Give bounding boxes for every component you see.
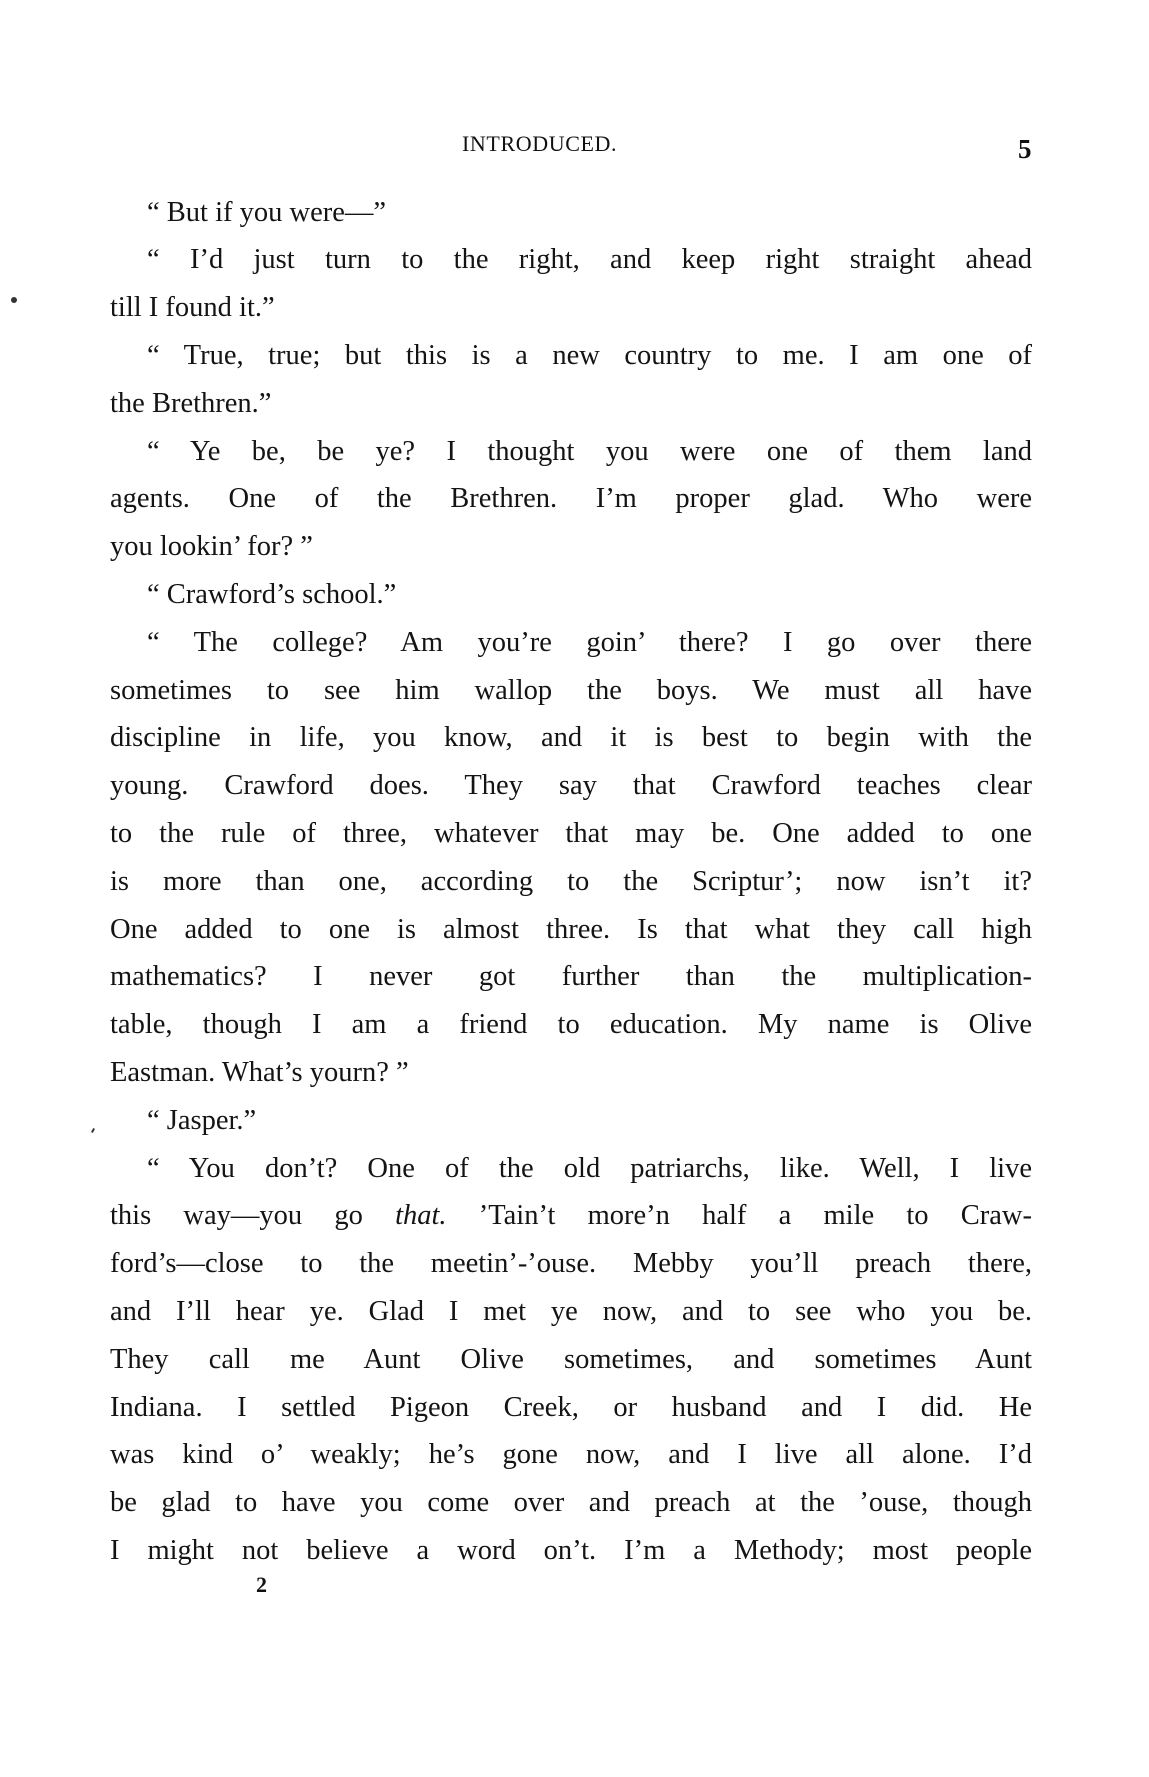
text-line: discipline in life, you know, and it is … [110, 718, 1032, 758]
text-line: ford’s—close to the meetin’-’ouse. Mebby… [110, 1244, 1032, 1284]
text-line: is more than one, according to the Scrip… [110, 862, 1032, 902]
text-line: and I’ll hear ye. Glad I met ye now, and… [110, 1292, 1032, 1332]
running-head: INTRODUCED. [462, 131, 617, 157]
text-segment: this way—you go [110, 1200, 395, 1231]
text-line: young. Crawford does. They say that Craw… [110, 766, 1032, 806]
text-line: They call me Aunt Olive sometimes, and s… [110, 1340, 1032, 1380]
text-line: One added to one is almost three. Is tha… [110, 910, 1032, 950]
text-line: “ But if you were—” [147, 193, 1032, 233]
text-line: Eastman. What’s yourn? ” [110, 1053, 1032, 1093]
text-line: be glad to have you come over and preach… [110, 1483, 1032, 1523]
margin-speck [91, 1128, 95, 1133]
text-line: “ Crawford’s school.” [147, 575, 1032, 615]
text-line: “ I’d just turn to the right, and keep r… [147, 240, 1032, 280]
text-line: this way—you go that. ’Tain’t more’n hal… [110, 1196, 1032, 1236]
text-line: “ You don’t? One of the old patriarchs, … [147, 1149, 1032, 1189]
book-page: INTRODUCED. 5 “ But if you were—” “ I’d … [0, 0, 1149, 1777]
margin-speck [11, 297, 17, 303]
text-line: the Brethren.” [110, 384, 1032, 424]
emphasized-word: that. [395, 1200, 446, 1231]
text-line: you lookin’ for? ” [110, 527, 1032, 567]
text-line: I might not believe a word on’t. I’m a M… [110, 1531, 1032, 1571]
page-number: 5 [1018, 134, 1032, 165]
signature-mark: 2 [256, 1572, 267, 1598]
text-segment: ’Tain’t more’n half a mile to Craw- [447, 1200, 1032, 1231]
text-line: “ Jasper.” [147, 1101, 1032, 1141]
text-line: was kind o’ weakly; he’s gone now, and I… [110, 1435, 1032, 1475]
text-line: Indiana. I settled Pigeon Creek, or husb… [110, 1388, 1032, 1428]
text-line: “ Ye be, be ye? I thought you were one o… [147, 432, 1032, 472]
text-line: sometimes to see him wallop the boys. We… [110, 671, 1032, 711]
text-line: “ The college? Am you’re goin’ there? I … [147, 623, 1032, 663]
text-line: mathematics? I never got further than th… [110, 957, 1032, 997]
text-line: “ True, true; but this is a new country … [147, 336, 1032, 376]
text-line: to the rule of three, whatever that may … [110, 814, 1032, 854]
text-line: agents. One of the Brethren. I’m proper … [110, 479, 1032, 519]
text-line: till I found it.” [110, 288, 1032, 328]
text-line: table, though I am a friend to education… [110, 1005, 1032, 1045]
